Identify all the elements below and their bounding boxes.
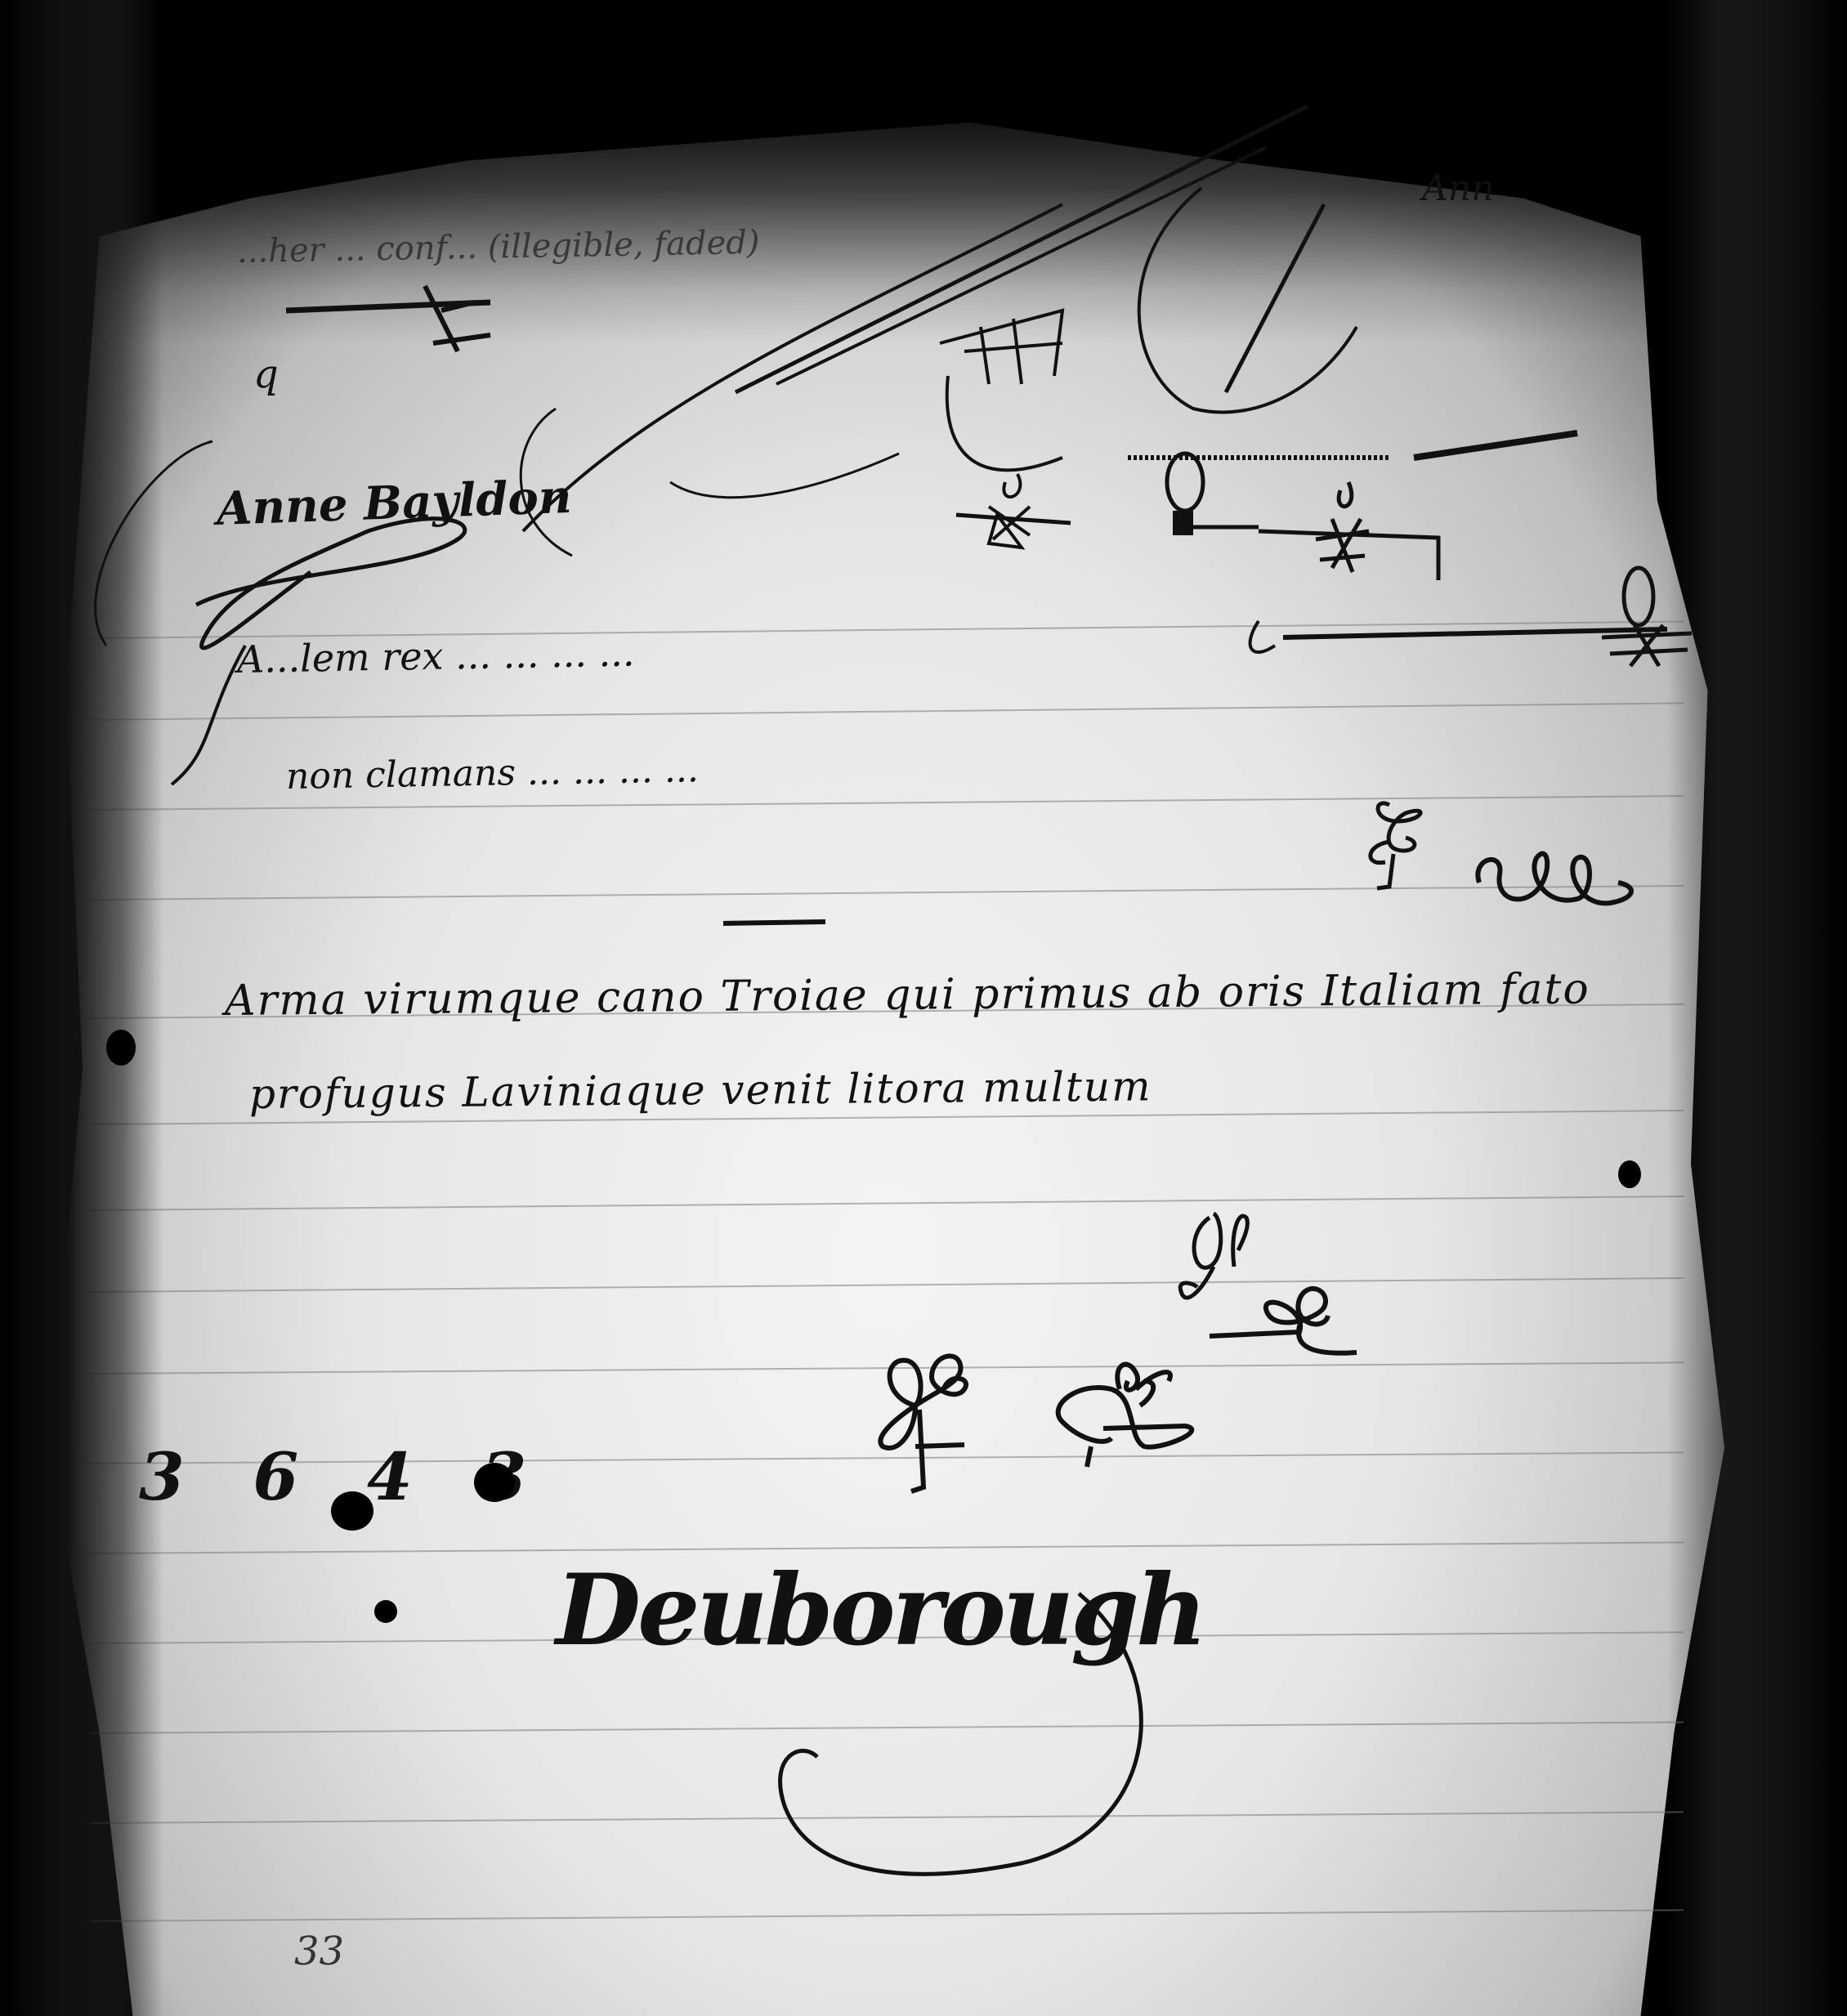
bottom-mark: 33 [294,1929,344,1974]
signature-loop [0,0,1847,2016]
